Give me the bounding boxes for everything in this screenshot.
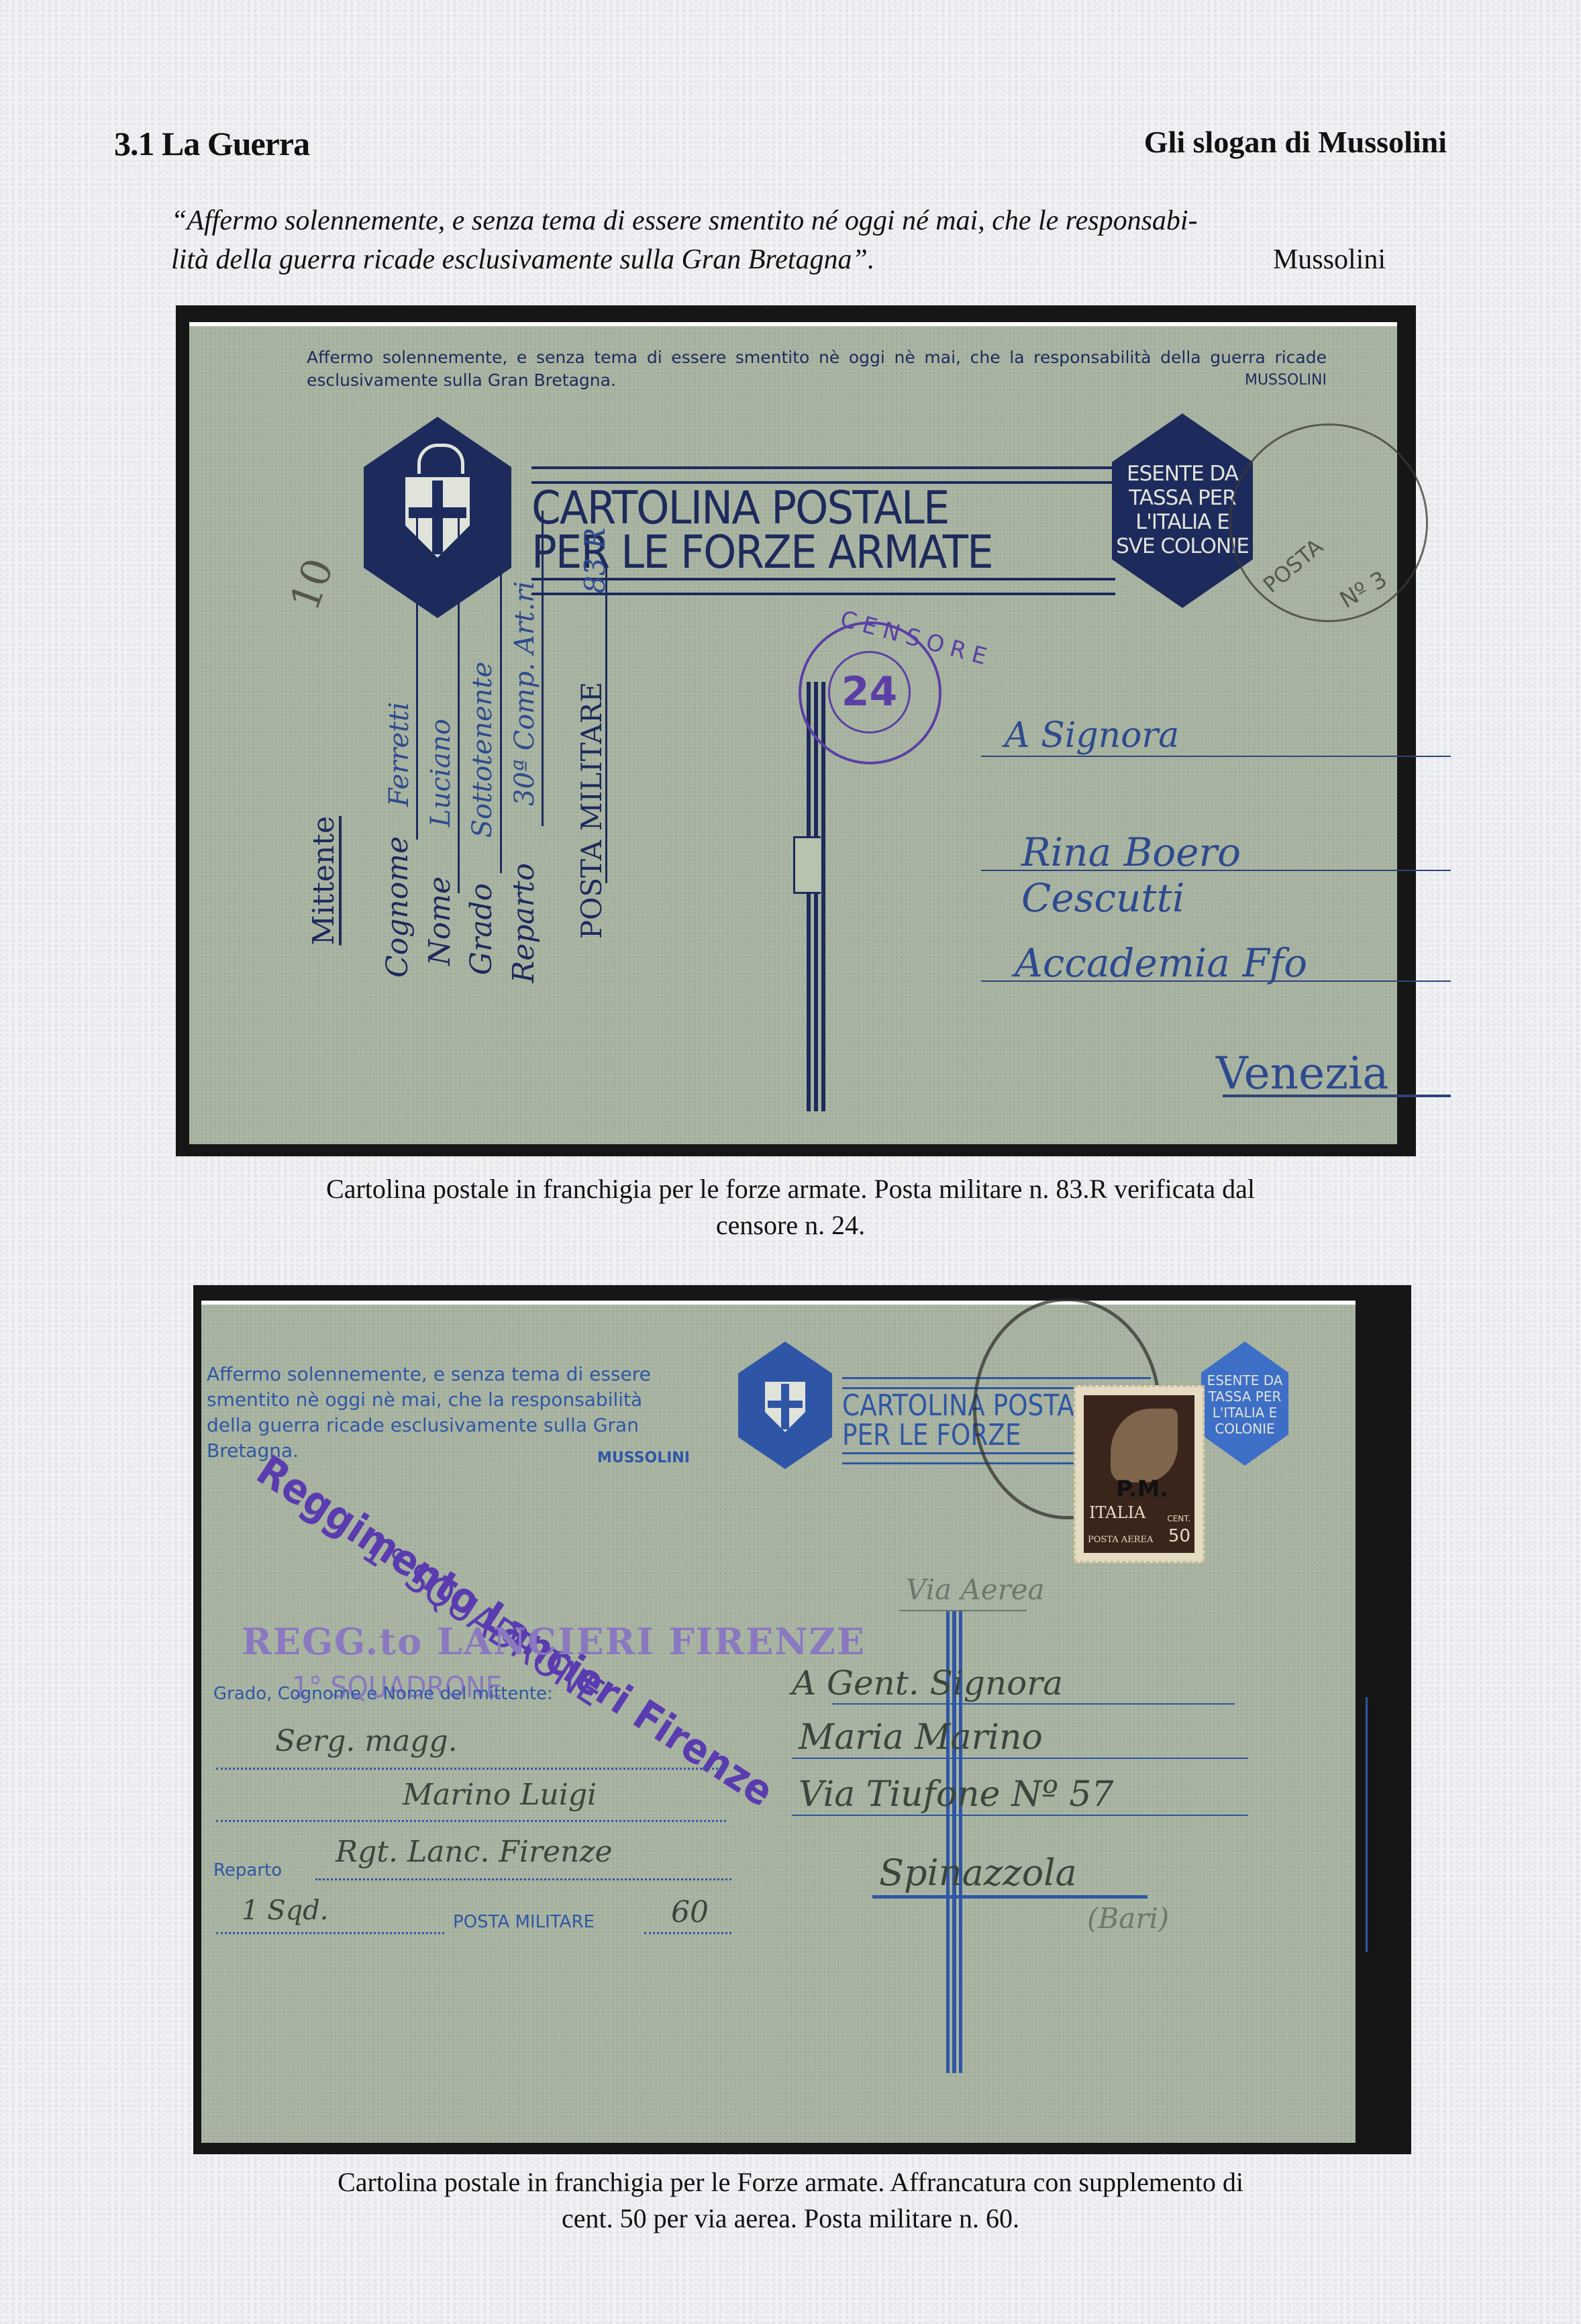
card-1-title-line-1: CARTOLINA POSTALE (531, 487, 1068, 531)
airmail-stamp: P.M. ITALIA CENT. 50 POSTA AEREA (1074, 1385, 1205, 1563)
address-line-3: Via Tiufone Nº 57 (799, 1774, 1114, 1815)
address-line-1: A Gent. Signora (792, 1664, 1063, 1703)
censor-number: 24 (828, 651, 911, 734)
royal-coat-of-arms-icon (364, 417, 511, 618)
postcard-2: Affermo solennemente, e senza tema di es… (201, 1301, 1356, 2143)
field-value-nome: Luciano (425, 719, 456, 827)
section-title: 3.1 La Guerra (114, 124, 309, 163)
via-aerea-note: Via Aerea (906, 1573, 1045, 1606)
sender-heading: Mittente (307, 816, 341, 946)
address-line-3: Accademia Ffo (1015, 940, 1307, 986)
topic-title: Gli slogan di Mussolini (1144, 124, 1447, 160)
quote-line-1: “Affermo solennemente, e senza tema di e… (171, 201, 1392, 240)
field-label-cognome: Cognome (380, 836, 415, 978)
field-value-reparto: 30ª Comp. Art.ri (509, 581, 540, 806)
address-line-4: Spinazzola (879, 1852, 1077, 1894)
card-1-slogan-signature: MUSSOLINI (1245, 369, 1327, 392)
card-1-title: CARTOLINA POSTALE PER LE FORZE ARMATE (531, 464, 1115, 598)
franchise-hexagon: ESENTE DA TASSA PER L'ITALIA E COLONIE (1201, 1342, 1288, 1466)
posta-militare-number: 60 (671, 1895, 709, 1929)
censor-handstamp: CENSORE 24 (799, 621, 941, 764)
reparto-value: Rgt. Lanc. Firenze (336, 1835, 613, 1869)
field-value-cognome: Ferretti (384, 702, 415, 807)
field-label-grado: Grado (464, 883, 499, 975)
reparto-label: Reparto (213, 1860, 282, 1880)
posta-militare-label: POSTA MILITARE (453, 1912, 595, 1932)
address-line-4: Venezia (1216, 1048, 1388, 1099)
field-value-grado: Sottotenente (467, 662, 498, 838)
caption-1: Cartolina postale in franchigia per le f… (187, 1171, 1394, 1244)
field-label-nome: Nome (423, 876, 457, 966)
pennant-icon (793, 836, 821, 894)
address-line-2: Rina Boero Cescutti (1021, 829, 1397, 921)
right-margin-line (1366, 1697, 1368, 1952)
intro-quote: “Affermo solennemente, e senza tema di e… (171, 201, 1392, 279)
reparto-value-2: 1 Sqd. (242, 1895, 329, 1926)
sender-label: Grado, Cognome e Nome del mittente: (213, 1684, 553, 1704)
address-line-5: (Bari) (1087, 1902, 1169, 1935)
card-2-slogan-signature: MUSSOLINI (597, 1446, 690, 1471)
postmark-circle: POSTA Nº 3 (1229, 423, 1428, 622)
pencil-mark: 10 (281, 552, 343, 617)
quote-author: Mussolini (1273, 240, 1386, 279)
field-label-reparto: Reparto (507, 863, 541, 983)
posta-militare-label: POSTA MILITARE (575, 682, 608, 939)
card-1-slogan: Affermo solennemente, e senza tema di es… (307, 346, 1327, 392)
sender-line-1: Serg. magg. (275, 1724, 458, 1758)
address-line-2: Maria Marino (799, 1717, 1043, 1758)
postcard-1: Affermo solennemente, e senza tema di es… (189, 322, 1397, 1144)
royal-coat-of-arms-icon (738, 1342, 832, 1469)
card-1-title-line-2: PER LE FORZE ARMATE (531, 531, 1068, 575)
regiment-handstamp-2: REGG.to LANCIERI FIRENZE (242, 1620, 866, 1663)
eagle-icon (1111, 1409, 1178, 1482)
sender-line-2: Marino Luigi (403, 1778, 597, 1812)
address-line-1: A Signora (1005, 715, 1179, 756)
quote-line-2: lità della guerra ricade esclusivamente … (171, 240, 874, 279)
caption-2: Cartolina postale in franchigia per le F… (187, 2164, 1394, 2237)
